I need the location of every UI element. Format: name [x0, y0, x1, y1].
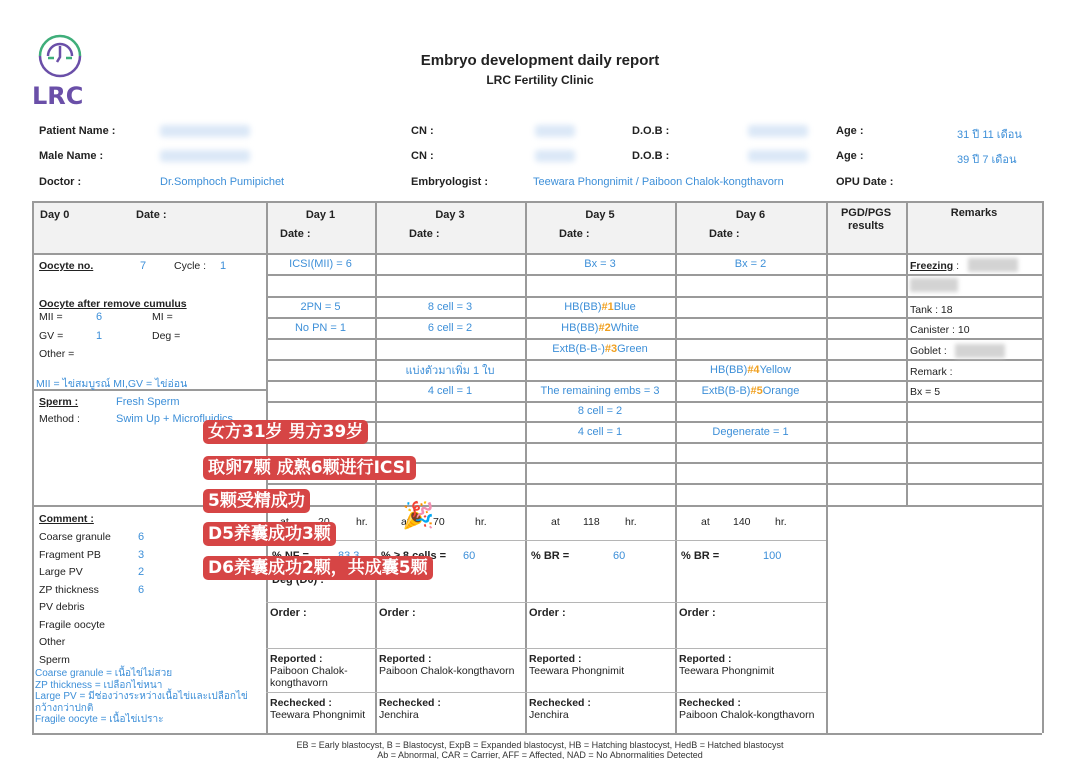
order-label: Order : [270, 607, 307, 619]
table-cell-d3 [375, 274, 525, 296]
table-cell-d6 [675, 442, 826, 462]
table-cell-d5 [525, 483, 675, 505]
grid-line [32, 505, 34, 733]
glossary-line: Coarse granule = เนื้อไข่ไม่สวย [35, 668, 260, 680]
at-label: at [701, 516, 710, 528]
grid-line [32, 733, 1042, 735]
hours-value: 140 [733, 516, 751, 528]
metric-label: % BR = [681, 550, 719, 562]
method-label: Method : [39, 413, 80, 425]
opu-date-label: OPU Date : [836, 176, 893, 188]
doctor-name: Dr.Somphoch Pumipichet [160, 176, 284, 188]
freezing-redacted [968, 258, 1018, 272]
table-cell-d6 [675, 401, 826, 421]
lrc-logo: LRC [30, 30, 90, 110]
table-cell-d3 [375, 483, 525, 505]
table-cell-d5: ExtB(B-B-) #3 Green [525, 338, 675, 359]
table-cell-d1: 2PN = 5 [266, 296, 375, 317]
oocyte-no-value: 7 [140, 260, 146, 272]
reported-by: Reported :Teewara Phongnimit [529, 653, 669, 677]
caption-overlay: D6养囊成功2颗，共成囊5颗 [203, 556, 433, 580]
table-cell-d6 [675, 274, 826, 296]
goblet-label: Goblet : [910, 345, 947, 357]
male-age: 39 ปี 7 เดือน [957, 150, 1017, 168]
remark-label: Remark : [910, 366, 953, 378]
freezing-row: Freezing : [910, 260, 959, 272]
comment-item-value: 6 [138, 584, 144, 596]
day5-header: Day 5 [525, 209, 675, 221]
mi-label: MI = [152, 311, 173, 323]
grid-line [266, 540, 826, 541]
table-cell-d1 [266, 338, 375, 359]
metric-label: % BR = [531, 550, 569, 562]
table-cell-d1: ICSI(MII) = 6 [266, 254, 375, 274]
metric-value: 100 [763, 550, 781, 562]
grid-line [32, 201, 34, 505]
grid-line [266, 648, 826, 649]
table-cell-d6 [675, 462, 826, 483]
rechecked-by: Rechecked :Jenchira [529, 697, 669, 721]
comment-glossary: Coarse granule = เนื้อไข่ไม่สวยZP thickn… [35, 668, 260, 726]
deg-label: Deg = [152, 330, 180, 342]
pgd-header: PGD/PGS results [826, 207, 906, 233]
sperm-label: Sperm : [39, 396, 78, 408]
doctor-label: Doctor : [39, 176, 81, 188]
hr-label: hr. [356, 516, 368, 528]
comment-item-value: 3 [138, 549, 144, 561]
table-cell-d3: 8 cell = 3 [375, 296, 525, 317]
table-cell-d1 [266, 380, 375, 401]
table-cell-d6: ExtB(B-B) #5 Orange [675, 380, 826, 401]
embryologist-label: Embryologist : [411, 176, 488, 188]
table-cell-d1 [266, 359, 375, 380]
table-cell-d6: Degenerate = 1 [675, 421, 826, 442]
comment-item-value: 2 [138, 566, 144, 578]
grid-line [826, 505, 828, 733]
grid-line [1042, 505, 1044, 733]
tank: Tank : 18 [910, 304, 953, 316]
day0-header: Day 0 [40, 209, 69, 221]
table-cell-d5 [525, 274, 675, 296]
cycle-label: Cycle : [174, 260, 206, 272]
table-cell-d3: 4 cell = 1 [375, 380, 525, 401]
day3-date-label: Date : [409, 228, 440, 240]
grid-line [266, 505, 1042, 507]
table-cell-d5 [525, 359, 675, 380]
age-label: Age : [836, 125, 864, 137]
table-cell-d6: Bx = 2 [675, 254, 826, 274]
table-cell-d3 [375, 421, 525, 442]
table-cell-d6 [675, 317, 826, 338]
female-age: 31 ปี 11 เดือน [957, 125, 1022, 143]
cn-label: CN : [411, 125, 434, 137]
table-cell-d3 [375, 338, 525, 359]
day1-date-label: Date : [280, 228, 311, 240]
rechecked-by: Rechecked :Paiboon Chalok-kongthavorn [679, 697, 819, 721]
after-cumulus-label: Oocyte after remove cumulus [39, 298, 187, 310]
grid-line [266, 602, 826, 603]
canister: Canister : 10 [910, 324, 970, 336]
patient-name-redacted [160, 125, 250, 137]
table-cell-d5: Bx = 3 [525, 254, 675, 274]
table-cell-d6 [675, 483, 826, 505]
comment-item-value: 6 [138, 531, 144, 543]
table-cell-d1 [266, 401, 375, 421]
mii-label: MII = [39, 311, 63, 323]
comment-item-label: Fragment PB [39, 549, 101, 561]
cn-redacted [535, 125, 575, 137]
table-cell-d3 [375, 254, 525, 274]
male-name-redacted [160, 150, 250, 162]
gv-value: 1 [96, 330, 102, 342]
day6-date-label: Date : [709, 228, 740, 240]
reported-by: Reported :Teewara Phongnimit [679, 653, 819, 677]
grid-line [906, 201, 908, 505]
grid-line [32, 201, 1042, 203]
caption-overlay: 5颗受精成功 [203, 489, 310, 513]
table-cell-d3: แบ่งตัวมาเพิ่ม 1 ใบ [375, 359, 525, 380]
table-cell-d3: 6 cell = 2 [375, 317, 525, 338]
freezing-label: Freezing [910, 260, 953, 272]
table-cell-d6: HB(BB) #4 Yellow [675, 359, 826, 380]
grid-line [826, 201, 828, 505]
male-age-label: Age : [836, 150, 864, 162]
comment-item-label: Other [39, 636, 65, 648]
table-cell-d3 [375, 401, 525, 421]
table-cell-d5 [525, 462, 675, 483]
table-cell-d5: HB(BB) #2 White [525, 317, 675, 338]
day0-date-label: Date : [136, 209, 167, 221]
rechecked-by: Rechecked :Jenchira [379, 697, 519, 721]
comment-label: Comment : [39, 513, 94, 525]
hours-value: 70 [433, 516, 445, 528]
table-cell-d5: 4 cell = 1 [525, 421, 675, 442]
caption-overlay: 取卵7颗 成熟6颗进行ICSI [203, 456, 416, 480]
hr-label: hr. [775, 516, 787, 528]
male-dob-redacted [748, 150, 808, 162]
day5-date-label: Date : [559, 228, 590, 240]
gv-label: GV = [39, 330, 63, 342]
table-cell-d6 [675, 338, 826, 359]
caption-overlay: D5养囊成功3颗 [203, 522, 336, 546]
metric-value: 60 [463, 550, 475, 562]
clinic-name: LRC Fertility Clinic [0, 73, 1080, 87]
table-cell-d5: HB(BB) #1 Blue [525, 296, 675, 317]
party-popper-icon: 🎉 [402, 500, 434, 531]
table-cell-d5 [525, 442, 675, 462]
oocyte-no-label: Oocyte no. [39, 260, 93, 272]
hours-value: 118 [583, 516, 600, 528]
footer-line-1: EB = Early blastocyst, B = Blastocyst, E… [0, 740, 1080, 750]
order-label: Order : [379, 607, 416, 619]
glossary-line: ZP thickness = เปลือกไข่หนา [35, 680, 260, 692]
table-cell-d1: No PN = 1 [266, 317, 375, 338]
cycle-value: 1 [220, 260, 226, 272]
comment-item-label: Large PV [39, 566, 83, 578]
glossary-line: Fragile oocyte = เนื้อไข่เปราะ [35, 714, 260, 726]
reported-by: Reported :Paiboon Chalok-kongthavorn [379, 653, 519, 677]
hr-label: hr. [625, 516, 637, 528]
at-label: at [551, 516, 560, 528]
grid-line [266, 692, 826, 693]
comment-item-label: PV debris [39, 601, 85, 613]
order-label: Order : [679, 607, 716, 619]
freezing-redacted-2 [910, 278, 958, 292]
footer-line-2: Ab = Abnormal, CAR = Carrier, AFF = Affe… [0, 750, 1080, 759]
male-cn-label: CN : [411, 150, 434, 162]
comment-item-label: ZP thickness [39, 584, 99, 596]
comment-item-label: Fragile oocyte [39, 619, 105, 631]
male-name-label: Male Name : [39, 150, 103, 162]
male-cn-redacted [535, 150, 575, 162]
comment-item-label: Sperm [39, 654, 70, 666]
sperm-value: Fresh Sperm [116, 396, 180, 408]
comment-item-label: Coarse granule [39, 531, 111, 543]
oocyte-legend: MII = ไข่สมบูรณ์ MI,GV = ไข่อ่อน [36, 375, 187, 392]
day3-header: Day 3 [375, 209, 525, 221]
glossary-line: Large PV = มีช่องว่างระหว่างเนื้อไข่และเ… [35, 691, 260, 714]
embryologist-name: Teewara Phongnimit / Paiboon Chalok-kong… [533, 176, 784, 188]
metric-value: 60 [613, 550, 625, 562]
bx-total: Bx = 5 [910, 386, 940, 398]
report-title: Embryo development daily report [0, 52, 1080, 69]
order-label: Order : [529, 607, 566, 619]
dob-redacted [748, 125, 808, 137]
other-label: Other = [39, 348, 74, 360]
table-cell-d5: 8 cell = 2 [525, 401, 675, 421]
day6-header: Day 6 [675, 209, 826, 221]
table-cell-d6 [675, 296, 826, 317]
table-cell-d1 [266, 274, 375, 296]
goblet-redacted [955, 344, 1005, 358]
male-dob-label: D.O.B : [632, 150, 669, 162]
caption-overlay: 女方31岁 男方39岁 [203, 420, 368, 444]
patient-name-label: Patient Name : [39, 125, 115, 137]
dob-label: D.O.B : [632, 125, 669, 137]
grid-line [1042, 201, 1044, 505]
reported-by: Reported :Paiboon Chalok-kongthavorn [270, 653, 370, 689]
hr-label: hr. [475, 516, 487, 528]
remarks-header: Remarks [906, 207, 1042, 219]
table-cell-d5: The remaining embs = 3 [525, 380, 675, 401]
mii-value: 6 [96, 311, 102, 323]
day1-header: Day 1 [266, 209, 375, 221]
